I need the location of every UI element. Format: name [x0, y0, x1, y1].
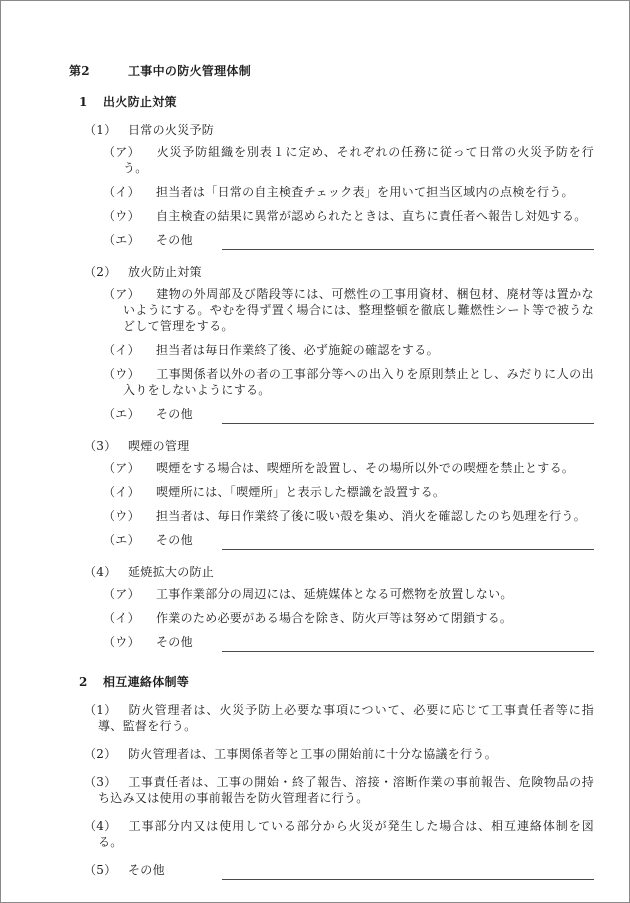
- item-text: 防火管理者は、工事関係者等と工事の開始前に十分な協議を行う。: [128, 747, 497, 761]
- item-label: （ウ）: [103, 634, 156, 650]
- section-2-heading: 2相互連絡体制等: [1, 674, 594, 690]
- list-item: （ア）火災予防組織を別表１に定め、それぞれの任務に従って日常の火災予防を行う。: [1, 144, 594, 176]
- list-item-other: （ウ）その他: [1, 634, 594, 650]
- document-heading: 第2工事中の防火管理体制: [1, 63, 594, 79]
- item-label: （ア）: [103, 144, 156, 160]
- item-text: 工事作業部分の周辺には、延焼媒体となる可燃物を放置しない。: [156, 587, 513, 601]
- item-text: 喫煙をする場合は、喫煙所を設置し、その場所以外での喫煙を禁止とする。: [156, 461, 574, 475]
- item-label: （イ）: [103, 342, 156, 358]
- item-text: 喫煙所には、「喫煙所」と表示した標識を設置する。: [156, 485, 445, 499]
- section-1-number: 1: [79, 94, 103, 110]
- list-item: （ウ）自主検査の結果に異常が認められたときは、直ちに責任者へ報告し対処する。: [1, 208, 594, 224]
- group-4-label: （4）: [84, 564, 128, 580]
- item-text: 防火管理者は、火災予防上必要な事項について、必要に応じて工事責任者等に指導、監督…: [98, 703, 594, 733]
- item-label: （ア）: [103, 460, 156, 476]
- item-text: 担当者は毎日作業終了後、必ず施錠の確認をする。: [156, 343, 439, 357]
- item-text: 担当者は、毎日作業終了後に吸い殻を集め、消火を確認したのち処理を行う。: [156, 509, 586, 523]
- item-text: その他: [156, 407, 193, 421]
- group-4-title: 延焼拡大の防止: [128, 565, 214, 579]
- list-item: （1）防火管理者は、火災予防上必要な事項について、必要に応じて工事責任者等に指導…: [1, 702, 594, 734]
- list-item-other: （エ）その他: [1, 406, 594, 422]
- group-3-label: （3）: [84, 438, 128, 454]
- item-label: （ア）: [103, 286, 156, 302]
- list-item: （ア）工事作業部分の周辺には、延焼媒体となる可燃物を放置しない。: [1, 586, 594, 602]
- fill-in-blank-line: [222, 423, 594, 424]
- section-2-title: 相互連絡体制等: [103, 675, 189, 689]
- item-label: （イ）: [103, 484, 156, 500]
- item-text: 工事責任者は、工事の開始・終了報告、溶接・溶断作業の事前報告、危険物品の持ち込み…: [98, 775, 594, 805]
- section-1-title: 出火防止対策: [103, 95, 177, 109]
- list-item: （ウ）工事関係者以外の者の工事部分等への出入りを原則禁止とし、みだりに人の出入り…: [1, 366, 594, 398]
- item-label: （ウ）: [103, 508, 156, 524]
- fill-in-blank-line: [222, 651, 594, 652]
- list-item-other: （5）その他: [1, 862, 594, 878]
- list-item: （ア）喫煙をする場合は、喫煙所を設置し、その場所以外での喫煙を禁止とする。: [1, 460, 594, 476]
- item-label: （1）: [84, 702, 128, 718]
- group-3-heading: （3）喫煙の管理: [1, 438, 594, 454]
- item-label: （4）: [84, 818, 128, 834]
- list-item: （2）防火管理者は、工事関係者等と工事の開始前に十分な協議を行う。: [1, 746, 594, 762]
- item-text: 建物の外周部及び階段等には、可燃性の工事用資材、梱包材、廃材等は置かないようにす…: [123, 287, 594, 333]
- list-item: （イ）担当者は「日常の自主検査チェック表」を用いて担当区域内の点検を行う。: [1, 184, 594, 200]
- item-text: その他: [156, 533, 193, 547]
- item-text: 工事部分内又は使用している部分から火災が発生した場合は、相互連絡体制を図る。: [98, 819, 594, 849]
- item-text: 担当者は「日常の自主検査チェック表」を用いて担当区域内の点検を行う。: [156, 185, 574, 199]
- fill-in-blank-line: [222, 549, 594, 550]
- fill-in-blank-line: [222, 879, 594, 880]
- group-1-heading: （1）日常の火災予防: [1, 122, 594, 138]
- list-item: （ウ）担当者は、毎日作業終了後に吸い殻を集め、消火を確認したのち処理を行う。: [1, 508, 594, 524]
- group-2-title: 放火防止対策: [128, 265, 202, 279]
- document-heading-title: 工事中の防火管理体制: [128, 64, 251, 78]
- section-2-number: 2: [79, 674, 103, 690]
- group-1-label: （1）: [84, 122, 128, 138]
- list-item: （ア）建物の外周部及び階段等には、可燃性の工事用資材、梱包材、廃材等は置かないよ…: [1, 286, 594, 334]
- item-text: その他: [156, 635, 193, 649]
- item-label: （イ）: [103, 610, 156, 626]
- section-1-heading: 1出火防止対策: [1, 94, 594, 110]
- item-text: 火災予防組織を別表１に定め、それぞれの任務に従って日常の火災予防を行う。: [123, 145, 594, 175]
- document-page: 第2工事中の防火管理体制 1出火防止対策 （1）日常の火災予防 （ア）火災予防組…: [0, 0, 630, 903]
- list-item: （4）工事部分内又は使用している部分から火災が発生した場合は、相互連絡体制を図る…: [1, 818, 594, 850]
- list-item-other: （エ）その他: [1, 232, 594, 248]
- list-item: （イ）担当者は毎日作業終了後、必ず施錠の確認をする。: [1, 342, 594, 358]
- item-label: （ア）: [103, 586, 156, 602]
- item-label: （3）: [84, 774, 128, 790]
- item-text: 工事関係者以外の者の工事部分等への出入りを原則禁止とし、みだりに人の出入りをしな…: [123, 367, 594, 397]
- item-text: 作業のため必要がある場合を除き、防火戸等は努めて閉鎖する。: [156, 611, 512, 625]
- item-label: （イ）: [103, 184, 156, 200]
- item-label: （ウ）: [103, 366, 156, 382]
- group-2-heading: （2）放火防止対策: [1, 264, 594, 280]
- item-text: 自主検査の結果に異常が認められたときは、直ちに責任者へ報告し対処する。: [156, 209, 587, 223]
- fill-in-blank-line: [222, 249, 594, 250]
- document-heading-number: 第2: [69, 63, 128, 79]
- list-item-other: （エ）その他: [1, 532, 594, 548]
- list-item: （イ）喫煙所には、「喫煙所」と表示した標識を設置する。: [1, 484, 594, 500]
- item-label: （エ）: [103, 532, 156, 548]
- item-label: （2）: [84, 746, 128, 762]
- group-4-heading: （4）延焼拡大の防止: [1, 564, 594, 580]
- item-label: （5）: [84, 862, 128, 878]
- item-text: その他: [128, 863, 165, 877]
- group-2-label: （2）: [84, 264, 128, 280]
- list-item: （3）工事責任者は、工事の開始・終了報告、溶接・溶断作業の事前報告、危険物品の持…: [1, 774, 594, 806]
- group-3-title: 喫煙の管理: [128, 439, 190, 453]
- item-label: （エ）: [103, 232, 156, 248]
- group-1-title: 日常の火災予防: [128, 123, 214, 137]
- item-label: （ウ）: [103, 208, 156, 224]
- list-item: （イ）作業のため必要がある場合を除き、防火戸等は努めて閉鎖する。: [1, 610, 594, 626]
- item-label: （エ）: [103, 406, 156, 422]
- item-text: その他: [156, 233, 193, 247]
